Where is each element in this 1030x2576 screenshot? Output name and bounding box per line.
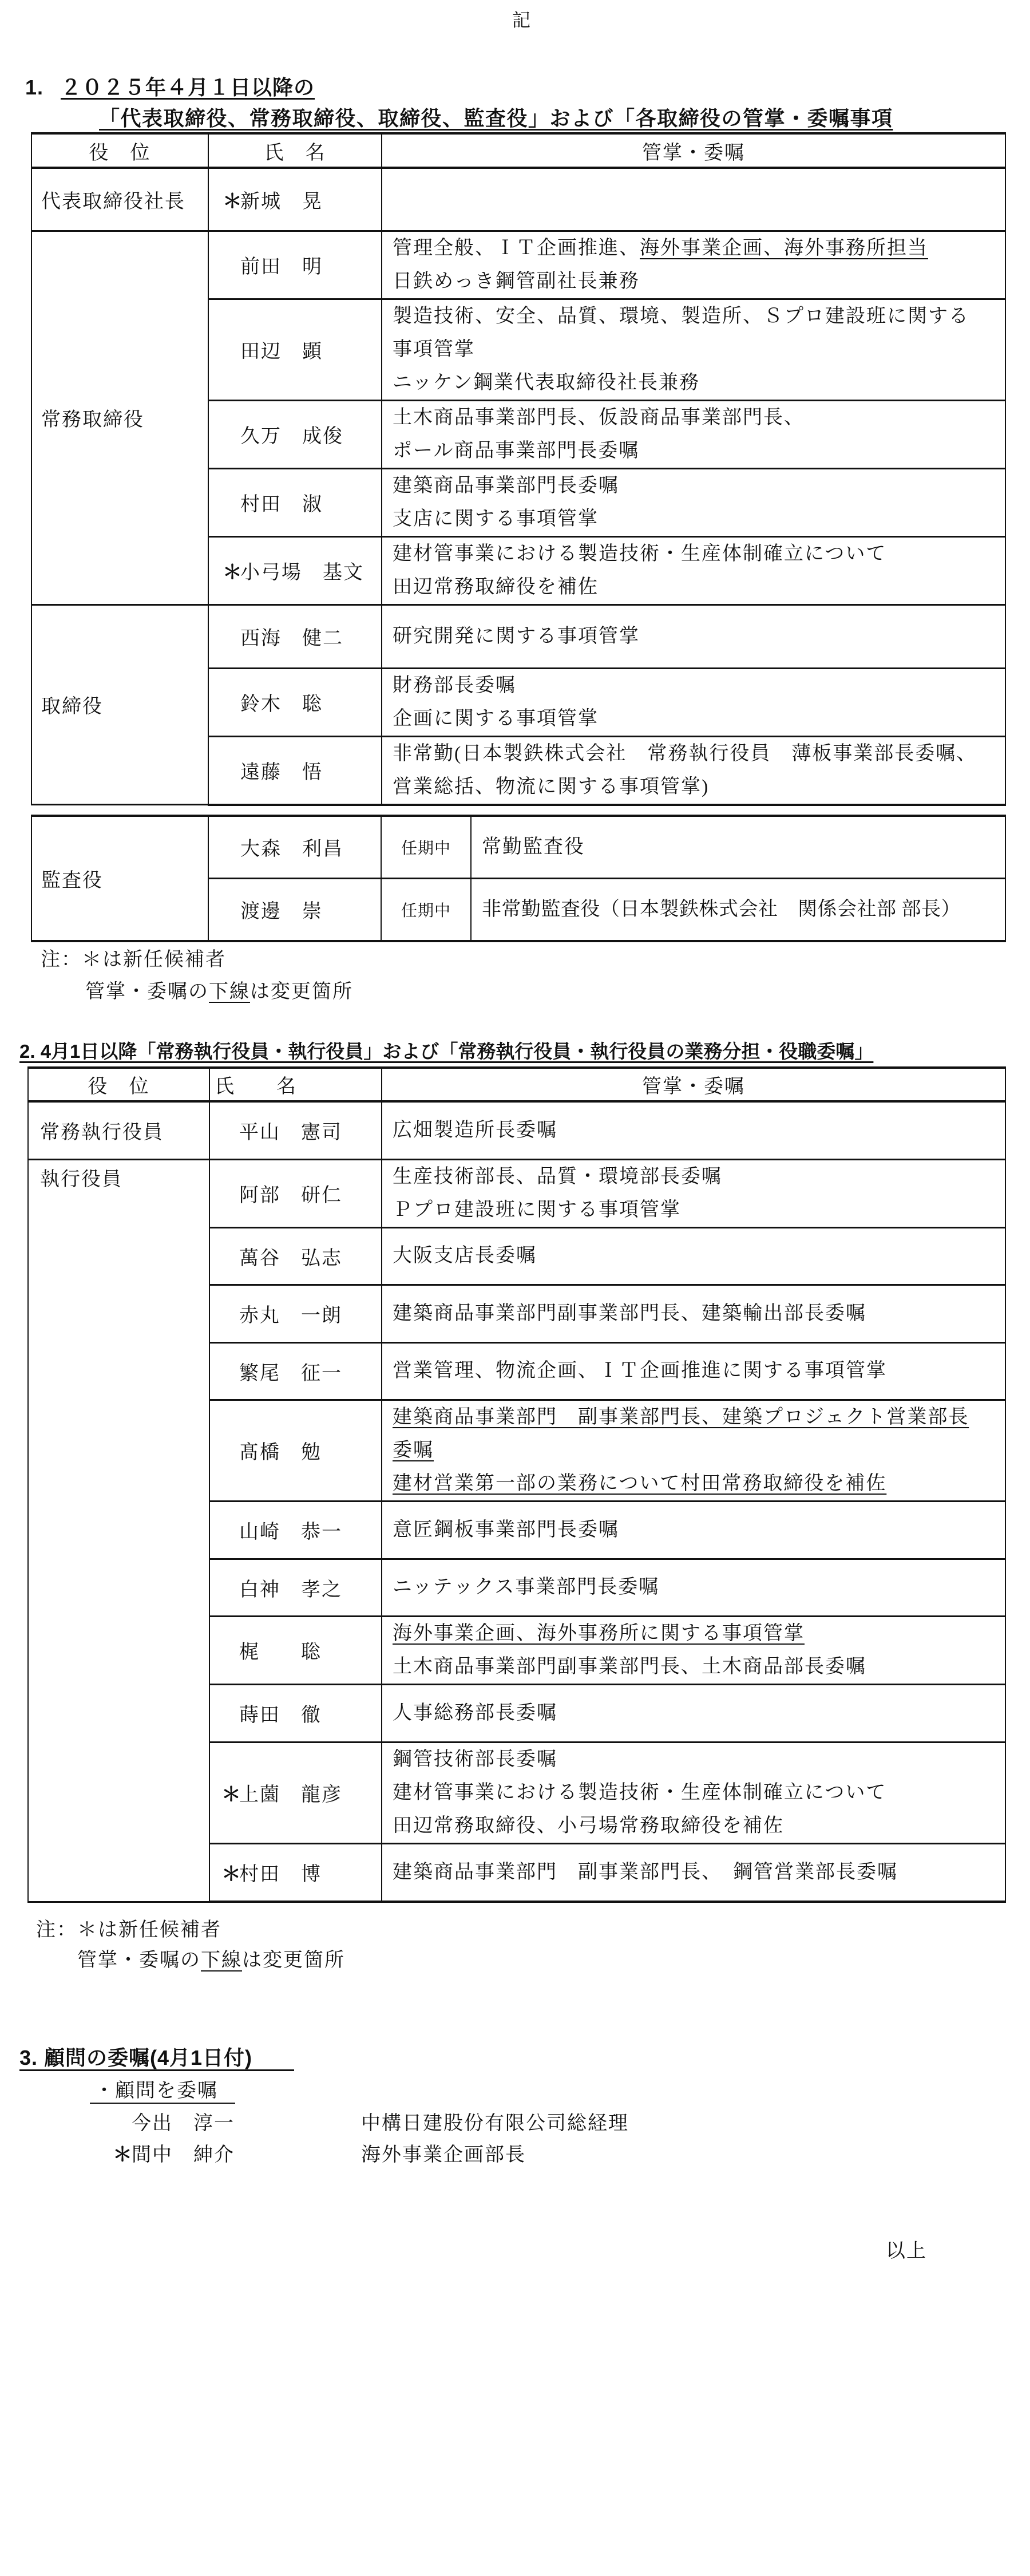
term-status: 任期中 (381, 878, 471, 941)
duty-text: 鋼管技術部長委嘱 (393, 1749, 557, 1770)
duty-line: 非常勤(日本製鉄株式会社 常務執行役員 薄板事業部長委嘱、 (393, 737, 1005, 771)
board-duties-table: 役 位 氏 名 管掌・委嘱 代表取締役社長 ＊新城 晃 常務取締役 前田 明 管… (31, 132, 1006, 806)
duty-line: 大阪支店長委嘱 (393, 1239, 1005, 1273)
duty-text: 事項管掌 (393, 339, 475, 360)
member-name: 渡邊 崇 (240, 901, 323, 922)
duty-text: 生産技術部長、品質・環境部長委嘱 (393, 1166, 722, 1187)
member-name: 赤丸 一朗 (239, 1305, 342, 1326)
member-name-cell: 白神 孝之 (209, 1559, 382, 1616)
advisor-row: 今出 淳一 (113, 2112, 235, 2135)
duty-text: 田辺常務取締役を補佐 (393, 576, 599, 598)
advisor-title: 中構日建股份有限公司総経理 (361, 2112, 629, 2135)
duty-text: 財務部長委嘱 (393, 675, 516, 696)
duty-line: 土木商品事業部門長、仮設商品事業部門長、 (393, 401, 1005, 434)
duty-text: 広畑製造所長委嘱 (393, 1120, 557, 1141)
duties-cell: ニッテックス事業部門長委嘱 (382, 1559, 1005, 1616)
duty-text: 研究開発に関する事項管掌 (393, 626, 640, 647)
duty-text: 人事総務部長委嘱 (393, 1702, 557, 1724)
duties-cell: 非常勤(日本製鉄株式会社 常務執行役員 薄板事業部長委嘱、 営業総括、物流に関す… (382, 736, 1005, 805)
duty-text: 建築商品事業部門副事業部門長、建築輸出部長委嘱 (393, 1303, 866, 1324)
duty-line: 建築商品事業部門 副事業部門長、建築プロジェクト営業部長 (393, 1401, 1005, 1434)
position-label: 常務取締役 (31, 231, 208, 605)
duty-text: 企画に関する事項管掌 (393, 708, 599, 729)
member-name: 田辺 顕 (240, 341, 323, 362)
member-name: 久万 成俊 (240, 426, 343, 447)
member-name: 髙橋 勉 (239, 1442, 322, 1463)
header-duties: 管掌・委嘱 (382, 133, 1005, 168)
term-status: 任期中 (381, 816, 471, 878)
section2-title: 2. 4月1日以降「常務執行役員・執行役員」および「常務執行役員・執行役員の業務… (19, 1040, 873, 1063)
member-name: 平山 憲司 (239, 1122, 342, 1143)
duty-text: ニッケン鋼業代表取締役社長兼務 (393, 372, 700, 393)
section3-heading: 3. 顧問の委嘱(4月1日付) (19, 2046, 294, 2074)
member-name: 西海 健二 (240, 628, 343, 649)
duty-line: ポール商品事業部門長委嘱 (393, 434, 1005, 468)
table-row: 代表取締役社長 ＊新城 晃 (31, 168, 1005, 231)
member-name-cell: 前田 明 (208, 231, 382, 299)
duties-cell: 建築商品事業部門長委嘱 支店に関する事項管掌 (382, 468, 1005, 536)
duty-text: ポール商品事業部門長委嘱 (393, 440, 639, 461)
member-name: 白神 孝之 (239, 1579, 342, 1601)
header-position: 役 位 (28, 1068, 209, 1101)
closing-text: 以上 (886, 2240, 927, 2263)
member-name-cell: 赤丸 一朗 (209, 1285, 382, 1342)
member-name-cell: 田辺 顕 (208, 299, 382, 400)
executive-officers-table: 役 位 氏 名 管掌・委嘱 常務執行役員 平山 憲司 広畑製造所長委嘱 執行役員… (27, 1066, 1006, 1903)
duty-text: 建材管事業における製造技術・生産体制確立について (393, 1782, 886, 1803)
member-name-cell: 繁尾 征一 (209, 1342, 382, 1400)
duty-line: 鋼管技術部長委嘱 (393, 1743, 1005, 1776)
member-name-cell: 平山 憲司 (209, 1101, 382, 1159)
duty-text: 支店に関する事項管掌 (393, 508, 599, 530)
duty-line: 田辺常務取締役、小弓場常務取締役を補佐 (393, 1809, 1005, 1843)
member-name-cell: 萬谷 弘志 (209, 1227, 382, 1285)
duty-text: 建築商品事業部門 副事業部門長、建築プロジェクト営業部長 (393, 1406, 969, 1428)
duties-cell: 建築商品事業部門副事業部門長、建築輸出部長委嘱 (382, 1285, 1005, 1342)
duty-line: 建築商品事業部門副事業部門長、建築輸出部長委嘱 (393, 1297, 1005, 1330)
member-name: 萬谷 弘志 (239, 1248, 342, 1269)
position-label: 執行役員 (28, 1159, 209, 1902)
new-candidate-mark: ＊ (113, 2144, 132, 2167)
duty-line: 生産技術部長、品質・環境部長委嘱 (393, 1160, 1005, 1194)
member-name: 遠藤 悟 (240, 762, 323, 783)
member-name: 梶 聡 (239, 1642, 322, 1663)
note-new-candidate: 注：＊は新任候補者 (36, 1919, 221, 1942)
note-text: 管掌・委嘱の (85, 981, 209, 1002)
duty-text: 建築商品事業部門 副事業部門長、 鋼管営業部長委嘱 (393, 1862, 898, 1883)
duty-line: ニッケン鋼業代表取締役社長兼務 (393, 366, 1005, 400)
duty-text: 土木商品事業部門副事業部門長、土木商品部長委嘱 (393, 1656, 866, 1677)
table-row: 執行役員 阿部 研仁 生産技術部長、品質・環境部長委嘱 Ｐプロ建設班に関する事項… (28, 1159, 1005, 1227)
duty-line: 研究開発に関する事項管掌 (393, 620, 1005, 653)
auditor-table: 監査役 大森 利昌 任期中 常勤監査役 渡邊 崇 任期中 非常勤監査役（日本製鉄… (31, 815, 1006, 942)
duties-cell: 意匠鋼板事業部門長委嘱 (382, 1501, 1005, 1559)
new-candidate-mark: ＊ (223, 556, 240, 584)
position-label: 代表取締役社長 (31, 168, 208, 231)
advisor-name: 今出 淳一 (132, 2113, 235, 2134)
section1-number: 1. (25, 76, 43, 99)
duties-cell: 非常勤監査役（日本製鉄株式会社 関係会社部 部長） (471, 878, 1005, 941)
duty-line: Ｐプロ建設班に関する事項管掌 (393, 1194, 1005, 1227)
duties-cell: 鋼管技術部長委嘱 建材管事業における製造技術・生産体制確立について 田辺常務取締… (382, 1742, 1005, 1843)
member-name-cell: 渡邊 崇 (208, 878, 381, 941)
member-name: 村田 淑 (240, 494, 323, 515)
duties-cell: 大阪支店長委嘱 (382, 1227, 1005, 1285)
duties-cell: 製造技術、安全、品質、環境、製造所、Ｓプロ建設班に関する 事項管掌 ニッケン鋼業… (382, 299, 1005, 400)
member-name: 阿部 研仁 (239, 1185, 342, 1206)
duty-text: 営業総括、物流に関する事項管掌) (393, 776, 709, 797)
ki-heading: 記 (512, 9, 532, 31)
table-row: 常務執行役員 平山 憲司 広畑製造所長委嘱 (28, 1101, 1005, 1159)
advisor-row: ＊間中 紳介 (113, 2144, 235, 2167)
member-name: 村田 博 (239, 1864, 322, 1885)
note-underlined-word: 下線 (201, 1950, 242, 1971)
member-name-cell: 久万 成俊 (208, 400, 382, 468)
position-label: 常務執行役員 (28, 1101, 209, 1159)
duty-line: 建築商品事業部門 副事業部門長、 鋼管営業部長委嘱 (393, 1856, 1005, 1889)
duty-text: 営業管理、物流企画、ＩＴ企画推進に関する事項管掌 (393, 1360, 887, 1381)
duty-line: 建材営業第一部の業務について村田常務取締役を補佐 (393, 1467, 1005, 1500)
duty-line: 企画に関する事項管掌 (393, 702, 1005, 736)
note-text: は変更箇所 (250, 981, 353, 1002)
member-name-cell: 村田 淑 (208, 468, 382, 536)
member-name-cell: 遠藤 悟 (208, 736, 382, 805)
member-name-cell: 西海 健二 (208, 605, 382, 668)
duty-text: 海外事業企画、海外事務所に関する事項管掌 (393, 1623, 805, 1644)
member-name: 大森 利昌 (240, 839, 343, 860)
note-text: は変更箇所 (242, 1950, 345, 1971)
duty-text: ニッテックス事業部門長委嘱 (393, 1577, 659, 1598)
duties-cell: 財務部長委嘱 企画に関する事項管掌 (382, 668, 1005, 736)
duty-line: 海外事業企画、海外事務所に関する事項管掌 (393, 1617, 1005, 1650)
duties-cell: 建築商品事業部門 副事業部門長、 鋼管営業部長委嘱 (382, 1843, 1005, 1902)
header-name: 氏 名 (208, 133, 382, 168)
duties-cell (382, 168, 1005, 231)
duty-text: 建築商品事業部門長委嘱 (393, 475, 619, 496)
member-name-cell: 大森 利昌 (208, 816, 381, 878)
duties-cell: 建材管事業における製造技術・生産体制確立について 田辺常務取締役を補佐 (382, 536, 1005, 605)
note-underlined-word: 下線 (209, 981, 250, 1002)
member-name-cell: ＊新城 晃 (208, 168, 382, 231)
duty-line: 営業管理、物流企画、ＩＴ企画推進に関する事項管掌 (393, 1354, 1005, 1388)
duty-text: 管理全般、ＩＴ企画推進、 (393, 238, 640, 259)
duties-cell: 生産技術部長、品質・環境部長委嘱 Ｐプロ建設班に関する事項管掌 (382, 1159, 1005, 1227)
table-row: 常務取締役 前田 明 管理全般、ＩＴ企画推進、海外事業企画、海外事務所担当 日鉄… (31, 231, 1005, 299)
member-name: 蒔田 徹 (239, 1705, 322, 1726)
duties-cell: 土木商品事業部門長、仮設商品事業部門長、 ポール商品事業部門長委嘱 (382, 400, 1005, 468)
member-name-cell: 髙橋 勉 (209, 1400, 382, 1501)
position-label: 取締役 (31, 605, 208, 805)
section3-title: 3. 顧問の委嘱(4月1日付) (19, 2046, 294, 2071)
duty-text: 委嘱 (393, 1440, 434, 1461)
member-name-cell: ＊小弓場 基文 (208, 536, 382, 605)
section3-subtitle: ・顧問を委嘱 (90, 2080, 235, 2104)
member-name-cell: 鈴木 聡 (208, 668, 382, 736)
member-name-cell: 蒔田 徹 (209, 1684, 382, 1742)
duty-text: 土木商品事業部門長、仮設商品事業部門長、 (393, 407, 805, 428)
member-name: 山崎 恭一 (239, 1522, 342, 1543)
position-label: 監査役 (31, 816, 208, 941)
member-name: 上薗 龍彦 (239, 1784, 342, 1805)
duties-cell: 営業管理、物流企画、ＩＴ企画推進に関する事項管掌 (382, 1342, 1005, 1400)
member-name: 前田 明 (240, 256, 323, 278)
header-position: 役 位 (31, 133, 208, 168)
duty-text: 非常勤(日本製鉄株式会社 常務執行役員 薄板事業部長委嘱、 (393, 743, 977, 764)
duties-cell: 管理全般、ＩＴ企画推進、海外事業企画、海外事務所担当 日鉄めっき鋼管副社長兼務 (382, 231, 1005, 299)
duty-line: 支店に関する事項管掌 (393, 503, 1005, 536)
duties-cell: 研究開発に関する事項管掌 (382, 605, 1005, 668)
new-candidate-mark: ＊ (221, 1858, 239, 1886)
duty-text: 建材管事業における製造技術・生産体制確立について (393, 543, 886, 564)
duty-line: 財務部長委嘱 (393, 669, 1005, 702)
member-name: 鈴木 聡 (240, 694, 323, 715)
advisor-name: 間中 紳介 (132, 2144, 235, 2166)
duty-line: 土木商品事業部門副事業部門長、土木商品部長委嘱 (393, 1650, 1005, 1684)
duty-line: 委嘱 (393, 1434, 1005, 1467)
duties-cell: 人事総務部長委嘱 (382, 1684, 1005, 1742)
new-candidate-mark: ＊ (221, 1779, 239, 1807)
member-name-cell: 阿部 研仁 (209, 1159, 382, 1227)
member-name-cell: ＊村田 博 (209, 1843, 382, 1902)
member-name: 繁尾 征一 (239, 1363, 342, 1384)
duties-cell: 建築商品事業部門 副事業部門長、建築プロジェクト営業部長 委嘱 建材営業第一部の… (382, 1400, 1005, 1501)
duty-line: 人事総務部長委嘱 (393, 1697, 1005, 1730)
section1-title-line1: ２０２５年４月１日以降の (61, 76, 315, 99)
section3-subheading: ・顧問を委嘱 (90, 2080, 235, 2106)
duty-text: 田辺常務取締役、小弓場常務取締役を補佐 (393, 1815, 784, 1836)
duty-line: 日鉄めっき鋼管副社長兼務 (393, 265, 1005, 298)
duty-line: 建材管事業における製造技術・生産体制確立について (393, 1776, 1005, 1809)
member-name: 小弓場 基文 (240, 562, 364, 583)
duty-text: 建材営業第一部の業務について村田常務取締役を補佐 (393, 1473, 886, 1494)
note-underline-legend: 管掌・委嘱の下線は変更箇所 (85, 981, 353, 1003)
table-row: 監査役 大森 利昌 任期中 常勤監査役 (31, 816, 1005, 878)
duty-line: 田辺常務取締役を補佐 (393, 571, 1005, 604)
note-new-candidate: 注：＊は新任候補者 (41, 949, 226, 971)
advisor-title: 海外事業企画部長 (361, 2144, 526, 2167)
duties-cell: 広畑製造所長委嘱 (382, 1101, 1005, 1159)
duty-line: 営業総括、物流に関する事項管掌) (393, 771, 1005, 804)
member-name-cell: ＊上薗 龍彦 (209, 1742, 382, 1843)
duty-line: 製造技術、安全、品質、環境、製造所、Ｓプロ建設班に関する (393, 300, 1005, 333)
duties-cell: 常勤監査役 (471, 816, 1005, 878)
note-underline-legend: 管掌・委嘱の下線は変更箇所 (77, 1949, 345, 1972)
duty-text: 製造技術、安全、品質、環境、製造所、Ｓプロ建設班に関する (393, 306, 969, 327)
table-header-row: 役 位 氏 名 管掌・委嘱 (28, 1068, 1005, 1101)
member-name: 新城 晃 (240, 191, 323, 212)
duty-text: 意匠鋼板事業部門長委嘱 (393, 1519, 619, 1540)
table-header-row: 役 位 氏 名 管掌・委嘱 (31, 133, 1005, 168)
duty-line: ニッテックス事業部門長委嘱 (393, 1571, 1005, 1604)
duty-text: Ｐプロ建設班に関する事項管掌 (393, 1199, 681, 1220)
duty-line: 広畑製造所長委嘱 (393, 1114, 1005, 1147)
duty-line: 管理全般、ＩＴ企画推進、海外事業企画、海外事務所担当 (393, 232, 1005, 265)
member-name-cell: 山崎 恭一 (209, 1501, 382, 1559)
note-text: 管掌・委嘱の (77, 1950, 201, 1971)
header-name: 氏 名 (209, 1068, 382, 1101)
duty-text: 大阪支店長委嘱 (393, 1245, 537, 1266)
duty-line: 建築商品事業部門長委嘱 (393, 469, 1005, 503)
duty-line: 事項管掌 (393, 333, 1005, 366)
section1-title-line2: 「代表取締役、常務取締役、取締役、監査役」および「各取締役の管掌・委嘱事項 (99, 107, 893, 130)
duties-cell: 海外事業企画、海外事務所に関する事項管掌 土木商品事業部門副事業部門長、土木商品… (382, 1616, 1005, 1684)
new-candidate-mark: ＊ (223, 185, 240, 214)
member-name-cell: 梶 聡 (209, 1616, 382, 1684)
duty-text-changed: 海外事業企画、海外事務所担当 (640, 238, 928, 259)
duty-text: 日鉄めっき鋼管副社長兼務 (393, 271, 640, 292)
duty-line: 意匠鋼板事業部門長委嘱 (393, 1514, 1005, 1547)
header-duties: 管掌・委嘱 (382, 1068, 1005, 1101)
duty-line: 建材管事業における製造技術・生産体制確立について (393, 538, 1005, 571)
table-row: 取締役 西海 健二 研究開発に関する事項管掌 (31, 605, 1005, 668)
